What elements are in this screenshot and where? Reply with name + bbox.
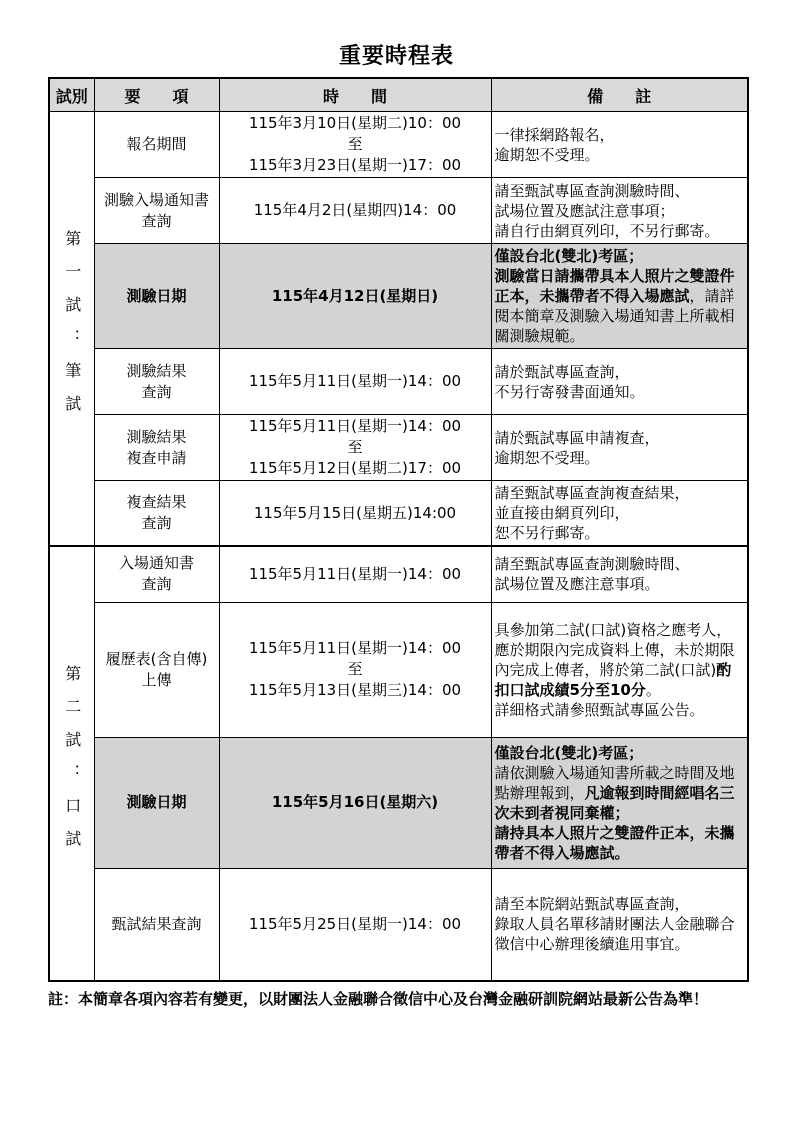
remark-cell-segment: 請於甄試專區查詢， [495, 363, 630, 381]
remark-cell-segment: 請於甄試專區申請複查， [495, 429, 660, 447]
time-cell-line: 115年5月11日(星期一)14：00 [222, 416, 489, 437]
remark-cell-segment: 僅設台北(雙北)考區； [495, 744, 644, 762]
remark-cell: 請於甄試專區查詢，不另行寄發書面通知。 [491, 349, 748, 415]
schedule-row: 測驗入場通知書查詢115年4月2日(星期四)14：00請至甄試專區查詢測驗時間、… [49, 178, 748, 244]
time-cell-line: 115年3月10日(星期二)10：00 [222, 113, 489, 134]
remark-cell: 請至甄試專區查詢測驗時間、試場位置及應注意事項。 [491, 546, 748, 602]
item-cell: 測驗結果查詢 [94, 349, 219, 415]
remark-cell-line: 請至甄試專區查詢測驗時間、 [495, 554, 745, 574]
remark-cell-segment: 恕不另行郵寄。 [495, 524, 600, 542]
item-cell-line: 查詢 [97, 382, 217, 403]
remark-cell: 請於甄試專區申請複查，逾期恕不受理。 [491, 415, 748, 481]
item-cell-line: 測驗結果 [97, 361, 217, 382]
time-cell-line: 115年4月2日(星期四)14：00 [222, 200, 489, 221]
column-header-0: 試別 [49, 78, 94, 112]
remark-cell-line: 恕不另行郵寄。 [495, 523, 745, 543]
remark-cell-line: 請至甄試專區查詢測驗時間、 [495, 181, 745, 201]
time-cell: 115年5月15日(星期五)14:00 [219, 481, 491, 547]
remark-cell-line: 測驗當日請攜帶具本人照片之雙證件正本，未攜帶者不得入場應試，請詳閱本簡章及測驗入… [495, 266, 745, 346]
time-cell: 115年5月11日(星期一)14：00 [219, 349, 491, 415]
table-header: 試別要 項時 間備 註 [49, 78, 748, 112]
item-cell-line: 測驗結果 [97, 427, 217, 448]
item-cell-line: 測驗入場通知書 [97, 190, 217, 211]
remark-cell-segment: 。 [646, 681, 661, 699]
remark-cell-line: 並直接由網頁列印， [495, 503, 745, 523]
remark-cell-segment: 試場位置及應注意事項。 [495, 575, 660, 593]
time-cell-line: 115年5月12日(星期二)17：00 [222, 458, 489, 479]
time-cell-line: 115年5月13日(星期三)14：00 [222, 680, 489, 701]
remark-cell-segment: 錄取人員名單移請財團法人金融聯合徵信中心辦理後續進用事宜。 [495, 915, 735, 953]
item-cell-line: 查詢 [97, 513, 217, 534]
exam-type-cell: 第二試：口試 [49, 546, 94, 981]
schedule-row: 履歷表(含自傳)上傳115年5月11日(星期一)14：00至115年5月13日(… [49, 602, 748, 737]
remark-cell: 請至甄試專區查詢複查結果，並直接由網頁列印，恕不另行郵寄。 [491, 481, 748, 547]
item-cell: 測驗日期 [94, 737, 219, 868]
item-cell: 入場通知書查詢 [94, 546, 219, 602]
item-cell-line: 上傳 [97, 670, 217, 691]
remark-cell: 請至本院網站甄試專區查詢，錄取人員名單移請財團法人金融聯合徵信中心辦理後續進用事… [491, 868, 748, 981]
remark-cell-segment: 請至本院網站甄試專區查詢， [495, 895, 690, 913]
remark-cell-segment: 試場位置及應試注意事項； [495, 202, 675, 220]
remark-cell-line: 詳細格式請參照甄試專區公告。 [495, 700, 745, 720]
item-cell-line: 查詢 [97, 574, 217, 595]
item-cell-line: 查詢 [97, 211, 217, 232]
time-cell: 115年5月11日(星期一)14：00至115年5月12日(星期二)17：00 [219, 415, 491, 481]
remark-cell-segment: 僅設台北(雙北)考區； [495, 247, 644, 265]
time-cell: 115年5月11日(星期一)14：00至115年5月13日(星期三)14：00 [219, 602, 491, 737]
remark-cell: 僅設台北(雙北)考區；請依測驗入場通知書所載之時間及地點辦理報到，凡逾報到時間經… [491, 737, 748, 868]
schedule-row: 複查結果查詢115年5月15日(星期五)14:00請至甄試專區查詢複查結果，並直… [49, 481, 748, 547]
time-cell: 115年5月16日(星期六) [219, 737, 491, 868]
remark-cell-line: 一律採網路報名， [495, 125, 745, 145]
time-cell: 115年4月2日(星期四)14：00 [219, 178, 491, 244]
remark-cell: 一律採網路報名，逾期恕不受理。 [491, 112, 748, 178]
item-cell: 測驗入場通知書查詢 [94, 178, 219, 244]
time-cell-line: 115年5月11日(星期一)14：00 [222, 638, 489, 659]
item-cell-line: 複查申請 [97, 448, 217, 469]
exam-type-label: 第二試：口試 [64, 665, 80, 863]
remark-cell-line: 試場位置及應試注意事項； [495, 201, 745, 221]
remark-cell-line: 具參加第二試(口試)資格之應考人，應於期限內完成資料上傳，未於期限內完成上傳者，… [495, 620, 745, 700]
schedule-row: 測驗日期115年5月16日(星期六)僅設台北(雙北)考區；請依測驗入場通知書所載… [49, 737, 748, 868]
time-cell-line: 至 [222, 437, 489, 458]
remark-cell-line: 錄取人員名單移請財團法人金融聯合徵信中心辦理後續進用事宜。 [495, 914, 745, 954]
footnote: 註：本簡章各項內容若有變更，以財團法人金融聯合徵信中心及台灣金融研訓院網站最新公… [48, 989, 747, 1009]
item-cell: 測驗結果複查申請 [94, 415, 219, 481]
schedule-table: 試別要 項時 間備 註 第一試：筆試報名期間115年3月10日(星期二)10：0… [48, 77, 749, 982]
time-cell-line: 115年5月11日(星期一)14：00 [222, 564, 489, 585]
remark-cell-line: 請自行由網頁列印，不另行郵寄。 [495, 221, 745, 241]
time-cell-line: 115年5月16日(星期六) [222, 792, 489, 813]
remark-cell: 請至甄試專區查詢測驗時間、試場位置及應試注意事項；請自行由網頁列印，不另行郵寄。 [491, 178, 748, 244]
item-cell-line: 入場通知書 [97, 553, 217, 574]
remark-cell-segment: 一律採網路報名， [495, 126, 615, 144]
remark-cell-segment: 請持具本人照片之雙證件正本，未攜帶者不得入場應試。 [495, 824, 735, 862]
item-cell-line: 報名期間 [97, 134, 217, 155]
schedule-row: 第二試：口試入場通知書查詢115年5月11日(星期一)14：00請至甄試專區查詢… [49, 546, 748, 602]
schedule-row: 測驗結果查詢115年5月11日(星期一)14：00請於甄試專區查詢，不另行寄發書… [49, 349, 748, 415]
time-cell-line: 115年5月15日(星期五)14:00 [222, 503, 489, 524]
time-cell: 115年4月12日(星期日) [219, 244, 491, 349]
remark-cell-line: 請於甄試專區查詢， [495, 362, 745, 382]
page-title: 重要時程表 [0, 0, 793, 70]
exam-type-label: 第一試：筆試 [64, 230, 80, 428]
item-cell-line: 履歷表(含自傳) [97, 649, 217, 670]
remark-cell-line: 僅設台北(雙北)考區； [495, 246, 745, 266]
remark-cell-segment: 具參加第二試(口試)資格之應考人，應於期限內完成資料上傳，未於期限內完成上傳者，… [495, 621, 735, 679]
time-cell: 115年5月25日(星期一)14：00 [219, 868, 491, 981]
remark-cell: 具參加第二試(口試)資格之應考人，應於期限內完成資料上傳，未於期限內完成上傳者，… [491, 602, 748, 737]
remark-cell-line: 逾期恕不受理。 [495, 448, 745, 468]
remark-cell-line: 僅設台北(雙北)考區； [495, 743, 745, 763]
remark-cell-line: 請至甄試專區查詢複查結果， [495, 483, 745, 503]
item-cell-line: 測驗日期 [97, 286, 217, 307]
item-cell: 複查結果查詢 [94, 481, 219, 547]
item-cell-line: 複查結果 [97, 492, 217, 513]
exam-type-cell: 第一試：筆試 [49, 112, 94, 547]
column-header-2: 時 間 [219, 78, 491, 112]
item-cell: 履歷表(含自傳)上傳 [94, 602, 219, 737]
remark-cell-segment: 逾期恕不受理。 [495, 449, 600, 467]
column-header-1: 要 項 [94, 78, 219, 112]
header-row: 試別要 項時 間備 註 [49, 78, 748, 112]
item-cell-line: 甄試結果查詢 [97, 914, 217, 935]
time-cell-line: 至 [222, 134, 489, 155]
remark-cell-segment: 詳細格式請參照甄試專區公告。 [495, 701, 705, 719]
time-cell-line: 115年4月12日(星期日) [222, 286, 489, 307]
item-cell: 報名期間 [94, 112, 219, 178]
item-cell-line: 測驗日期 [97, 792, 217, 813]
item-cell: 測驗日期 [94, 244, 219, 349]
remark-cell-line: 請持具本人照片之雙證件正本，未攜帶者不得入場應試。 [495, 823, 745, 863]
remark-cell-segment: 逾期恕不受理。 [495, 146, 600, 164]
document-page: 重要時程表 試別要 項時 間備 註 第一試：筆試報名期間115年3月10日(星期… [0, 0, 793, 1122]
schedule-row: 第一試：筆試報名期間115年3月10日(星期二)10：00至115年3月23日(… [49, 112, 748, 178]
remark-cell-line: 逾期恕不受理。 [495, 145, 745, 165]
remark-cell-segment: 不另行寄發書面通知。 [495, 383, 645, 401]
remark-cell-segment: 請至甄試專區查詢測驗時間、 [495, 555, 690, 573]
remark-cell-segment: 請至甄試專區查詢測驗時間、 [495, 182, 690, 200]
remark-cell-line: 請至本院網站甄試專區查詢， [495, 894, 745, 914]
time-cell-line: 115年3月23日(星期一)17：00 [222, 155, 489, 176]
schedule-row: 甄試結果查詢115年5月25日(星期一)14：00請至本院網站甄試專區查詢，錄取… [49, 868, 748, 981]
time-cell: 115年3月10日(星期二)10：00至115年3月23日(星期一)17：00 [219, 112, 491, 178]
time-cell-line: 115年5月25日(星期一)14：00 [222, 914, 489, 935]
remark-cell-segment: 請至甄試專區查詢複查結果， [495, 484, 690, 502]
remark-cell-line: 請於甄試專區申請複查， [495, 428, 745, 448]
remark-cell: 僅設台北(雙北)考區；測驗當日請攜帶具本人照片之雙證件正本，未攜帶者不得入場應試… [491, 244, 748, 349]
time-cell: 115年5月11日(星期一)14：00 [219, 546, 491, 602]
schedule-row: 測驗結果複查申請115年5月11日(星期一)14：00至115年5月12日(星期… [49, 415, 748, 481]
item-cell: 甄試結果查詢 [94, 868, 219, 981]
remark-cell-line: 試場位置及應注意事項。 [495, 574, 745, 594]
time-cell-line: 115年5月11日(星期一)14：00 [222, 371, 489, 392]
column-header-3: 備 註 [491, 78, 748, 112]
remark-cell-line: 不另行寄發書面通知。 [495, 382, 745, 402]
remark-cell-segment: 請自行由網頁列印，不另行郵寄。 [495, 222, 720, 240]
remark-cell-line: 請依測驗入場通知書所載之時間及地點辦理報到，凡逾報到時間經唱名三次未到者視同棄權… [495, 763, 745, 823]
remark-cell-segment: 並直接由網頁列印， [495, 504, 630, 522]
schedule-row: 測驗日期115年4月12日(星期日)僅設台北(雙北)考區；測驗當日請攜帶具本人照… [49, 244, 748, 349]
time-cell-line: 至 [222, 659, 489, 680]
